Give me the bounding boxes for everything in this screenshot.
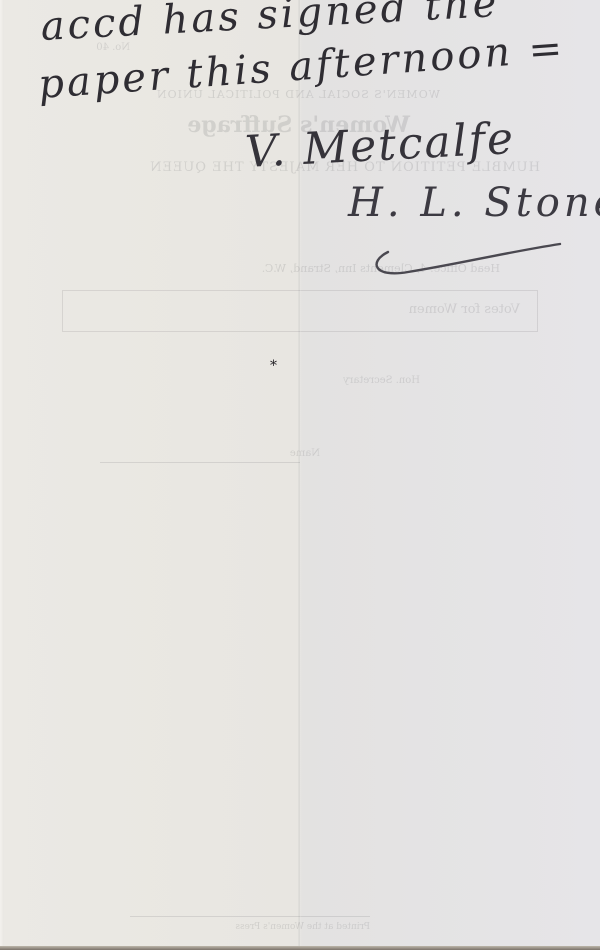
paper-bottom-edge bbox=[0, 946, 600, 950]
signature-metcalfe: V. Metcalfe bbox=[244, 113, 516, 178]
document-sheet: No. 40 WOMEN'S SOCIAL AND POLITICAL UNIO… bbox=[0, 0, 600, 950]
showthrough-printer: Printed at the Women's Press bbox=[235, 922, 370, 932]
showthrough-secretary: Hon. Secretary bbox=[343, 375, 420, 386]
showthrough-rule-bottom bbox=[130, 916, 370, 917]
paper-left-edge bbox=[0, 0, 4, 950]
signature-stone: H. L. Stone bbox=[348, 180, 600, 226]
signature-flourish bbox=[368, 240, 568, 280]
showthrough-rule bbox=[100, 462, 300, 463]
showthrough-box-text: Votes for Women bbox=[409, 302, 520, 317]
showthrough-name-label: Name bbox=[290, 448, 320, 459]
asterisk-mark: * bbox=[270, 358, 277, 374]
